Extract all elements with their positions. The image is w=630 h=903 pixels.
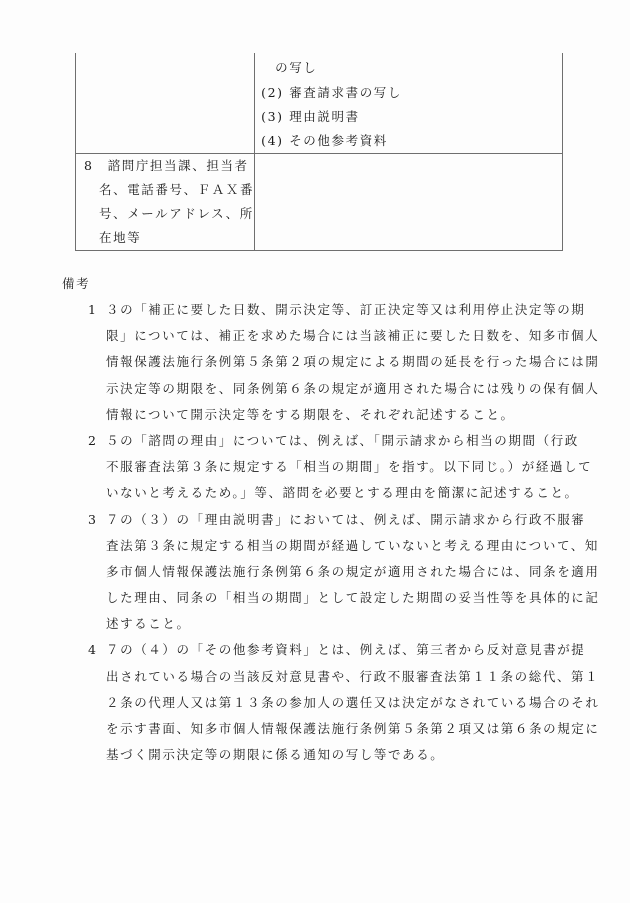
remark-item-4: 4７の（４）の「その他参考資料」とは、例えば、第三者から反対意見書が提 出されて… (62, 637, 582, 768)
remark-text: を示す書面、知多市個人情報保護法施行条例第５条第２項又は第６条の規定に (62, 716, 582, 742)
remark-text: 多市個人情報保護法施行条例第６条の規定が適用された場合には、同条を適用 (62, 559, 582, 585)
remark-text: 限」については、補正を求めた場合には当該補正に要した日数を、知多市個人 (62, 323, 582, 349)
label-cell-empty (76, 53, 255, 154)
attachment-line: (2) 審査請求書の写し (255, 81, 562, 105)
table-row-8: 8 諮問庁担当課、担当者 名、電話番号、ＦＡＸ番 号、メールアドレス、所 在地等 (76, 154, 563, 251)
remark-item-3: 3７の（３）の「理由説明書」においては、例えば、開示請求から行政不服審 査法第３… (62, 507, 582, 638)
attachment-line: (3) 理由説明書 (255, 105, 562, 129)
label-line: 在地等 (76, 226, 254, 250)
label-cell-contact: 8 諮問庁担当課、担当者 名、電話番号、ＦＡＸ番 号、メールアドレス、所 在地等 (76, 154, 255, 251)
table-row-7-continuation: の写し (2) 審査請求書の写し (3) 理由説明書 (4) その他参考資料 (76, 53, 563, 154)
remark-text: 示決定等の期限を、同条例第６条の規定が適用された場合には残りの保有個人 (62, 376, 582, 402)
document-page: の写し (2) 審査請求書の写し (3) 理由説明書 (4) その他参考資料 8… (0, 0, 630, 903)
attachment-line: (4) その他参考資料 (255, 129, 562, 153)
remark-number: 2 (88, 428, 106, 454)
remark-text: した理由、同条の「相当の期間」として設定した期間の妥当性等を具体的に記 (62, 585, 582, 611)
form-table: の写し (2) 審査請求書の写し (3) 理由説明書 (4) その他参考資料 8… (75, 53, 563, 251)
remark-number: 3 (88, 507, 106, 533)
label-line: 号、メールアドレス、所 (76, 202, 254, 226)
remark-text: 査法第３条に規定する相当の期間が経過していないと考える理由について、知 (62, 533, 582, 559)
remark-number: 1 (88, 297, 106, 323)
remarks-section: 備考 1３の「補正に要した日数、開示決定等、訂正決定等又は利用停止決定等の期 限… (62, 271, 582, 768)
remark-text: 情報について開示決定等をする期限を、それぞれ記述すること。 (62, 402, 582, 428)
remark-text: ７の（４）の「その他参考資料」とは、例えば、第三者から反対意見書が提 (106, 642, 585, 657)
remark-text: いないと考えるため。」等、諮問を必要とする理由を簡潔に記述すること。 (62, 480, 582, 506)
value-cell-attachments: の写し (2) 審査請求書の写し (3) 理由説明書 (4) その他参考資料 (255, 53, 563, 154)
remark-text: ３の「補正に要した日数、開示決定等、訂正決定等又は利用停止決定等の期 (106, 302, 585, 317)
remark-text: ５の「諮問の理由」については、例えば、「開示請求から相当の期間（行政 (106, 433, 579, 448)
remarks-title: 備考 (62, 271, 582, 297)
remark-text: ７の（３）の「理由説明書」においては、例えば、開示請求から行政不服審 (106, 512, 585, 527)
remark-text: 基づく開示決定等の期限に係る通知の写し等である。 (62, 742, 582, 768)
value-cell-contact-empty (255, 154, 563, 251)
label-line: 8 諮問庁担当課、担当者 (76, 154, 254, 178)
remark-text: ２条の代理人又は第１３条の参加人の選任又は決定がなされている場合のそれ (62, 690, 582, 716)
remark-text: 情報保護法施行条例第５条第２項の規定による期間の延長を行った場合には開 (62, 349, 582, 375)
remark-number: 4 (88, 637, 106, 663)
remark-text: 出されている場合の当該反対意見書や、行政不服審査法第１１条の総代、第１ (62, 664, 582, 690)
label-line: 名、電話番号、ＦＡＸ番 (76, 178, 254, 202)
remark-item-1: 1３の「補正に要した日数、開示決定等、訂正決定等又は利用停止決定等の期 限」につ… (62, 297, 582, 428)
attachment-line: の写し (255, 53, 562, 81)
remark-text: 述すること。 (62, 611, 582, 637)
remark-text: 不服審査法第３条に規定する「相当の期間」を指す。以下同じ。）が経過して (62, 454, 582, 480)
remark-item-2: 2５の「諮問の理由」については、例えば、「開示請求から相当の期間（行政 不服審査… (62, 428, 582, 507)
